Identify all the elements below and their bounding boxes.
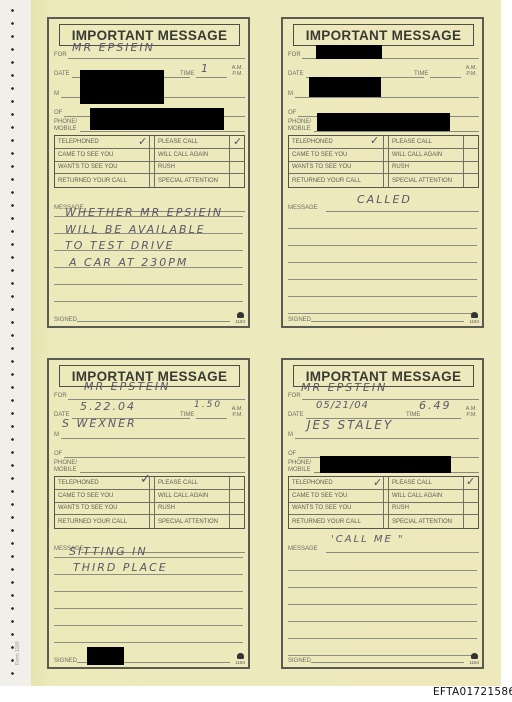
checkbox-please-call: PLEASE CALL bbox=[388, 136, 463, 149]
message-lines bbox=[288, 570, 477, 670]
signed-line bbox=[311, 321, 464, 322]
checkbox-please-call: PLEASE CALL bbox=[388, 477, 463, 490]
checkbox-wants-to-see: WANTS TO SEE YOU bbox=[55, 503, 149, 516]
message-slip-4: IMPORTANT MESSAGE FOR MR EPSTEIN DATE TI… bbox=[281, 358, 484, 669]
check-please-call: ✓ bbox=[229, 136, 245, 149]
checkbox-wants-to-see: WANTS TO SEE YOU bbox=[289, 162, 383, 175]
message-line-2: WILL BE AVAILABLE bbox=[65, 223, 206, 236]
publisher-logo-icon bbox=[471, 653, 478, 659]
publisher-logo-icon bbox=[237, 312, 244, 318]
date-value: 05/21/04 bbox=[316, 400, 369, 411]
m-value: JES STALEY bbox=[307, 418, 393, 432]
redaction-date-m bbox=[309, 77, 381, 97]
message-line-3: TO TEST DRIVE bbox=[65, 239, 175, 252]
checkbox-grid: TELEPHONED ✓ PLEASE CALL CAME TO SEE YOU… bbox=[54, 476, 245, 529]
checkbox-special-attention: SPECIAL ATTENTION bbox=[154, 515, 229, 528]
checkbox-special-attention: SPECIAL ATTENTION bbox=[154, 174, 229, 187]
signed-label: SIGNED bbox=[54, 317, 77, 323]
date-value: 5.22.04 bbox=[80, 400, 136, 413]
checkbox-rush: RUSH bbox=[388, 162, 463, 175]
signed-line bbox=[77, 321, 230, 322]
checkbox-telephoned: TELEPHONED bbox=[55, 477, 149, 490]
checkbox-wants-to-see: WANTS TO SEE YOU bbox=[289, 503, 383, 516]
form-number: 1184 bbox=[235, 312, 245, 324]
redaction-date-m bbox=[80, 70, 164, 104]
am-pm-label: A.M.P.M. bbox=[232, 406, 243, 418]
signed-label: SIGNED bbox=[288, 658, 311, 664]
checkbox-rush: RUSH bbox=[154, 503, 229, 516]
checkbox-grid: TELEPHONED ✓ PLEASE CALL ✓ CAME TO SEE Y… bbox=[54, 135, 245, 188]
message-slip-2: IMPORTANT MESSAGE FOR DATE TIME A.M.P.M.… bbox=[281, 17, 484, 328]
redaction-phone bbox=[317, 113, 450, 131]
document-id: EFTA01721586 bbox=[433, 686, 512, 698]
message-line-4: A CAR AT 230PM bbox=[69, 256, 188, 269]
checkbox-wants-to-see: WANTS TO SEE YOU bbox=[55, 162, 149, 175]
checkbox-special-attention: SPECIAL ATTENTION bbox=[388, 174, 463, 187]
time-value: 6.49 bbox=[419, 399, 452, 412]
checkbox-rush: RUSH bbox=[388, 503, 463, 516]
checkbox-returned-call: RETURNED YOUR CALL bbox=[55, 174, 149, 187]
am-pm-label: A.M.P.M. bbox=[466, 406, 477, 418]
message-slip-1: IMPORTANT MESSAGE FOR MR EPSIEIN DATE TI… bbox=[47, 17, 250, 328]
redaction-for bbox=[316, 45, 382, 59]
message-lines bbox=[54, 570, 243, 670]
checkbox-please-call: PLEASE CALL bbox=[154, 136, 229, 149]
checkbox-telephoned: TELEPHONED bbox=[289, 477, 383, 490]
checkbox-telephoned: TELEPHONED bbox=[289, 136, 383, 149]
am-pm-label: A.M.P.M. bbox=[232, 65, 243, 77]
checkbox-came-to-see: CAME TO SEE YOU bbox=[289, 490, 383, 503]
message-slip-3: IMPORTANT MESSAGE FOR MR EPSTEIN DATE TI… bbox=[47, 358, 250, 669]
checkbox-came-to-see: CAME TO SEE YOU bbox=[289, 149, 383, 162]
checkbox-returned-call: RETURNED YOUR CALL bbox=[289, 174, 383, 187]
publisher-logo-icon bbox=[237, 653, 244, 659]
form-number: 1184 bbox=[469, 653, 479, 665]
perforation-edge bbox=[11, 4, 14, 684]
time-value: 1.50 bbox=[194, 400, 222, 410]
of-field: OF bbox=[54, 445, 245, 459]
form-number: 1184 bbox=[469, 312, 479, 324]
checkbox-grid: TELEPHONED ✓ PLEASE CALL ✓ CAME TO SEE Y… bbox=[288, 476, 479, 529]
checkbox-please-call: PLEASE CALL bbox=[154, 477, 229, 490]
checkbox-returned-call: RETURNED YOUR CALL bbox=[289, 515, 383, 528]
form-number: 1184 bbox=[235, 653, 245, 665]
am-pm-label: A.M.P.M. bbox=[466, 65, 477, 77]
checkbox-will-call-again: WILL CALL AGAIN bbox=[388, 490, 463, 503]
checkbox-rush: RUSH bbox=[154, 162, 229, 175]
message-lines bbox=[288, 229, 477, 329]
checkbox-came-to-see: CAME TO SEE YOU bbox=[55, 149, 149, 162]
checkbox-will-call-again: WILL CALL AGAIN bbox=[388, 149, 463, 162]
checkbox-grid: TELEPHONED ✓ PLEASE CALL CAME TO SEE YOU… bbox=[288, 135, 479, 188]
signed-line bbox=[311, 662, 464, 663]
message-line-1: CALLED bbox=[357, 193, 412, 206]
redaction-phone bbox=[320, 456, 451, 473]
message-line-1: 'CALL ME " bbox=[331, 534, 405, 545]
for-value: MR EPSIEIN bbox=[72, 41, 155, 54]
side-stamp: Form 1184 bbox=[15, 625, 23, 665]
check-please-call: ✓ bbox=[463, 477, 479, 490]
time-value: 1 bbox=[201, 62, 210, 75]
checkbox-will-call-again: WILL CALL AGAIN bbox=[154, 149, 229, 162]
redaction-signed bbox=[87, 647, 124, 665]
checkbox-special-attention: SPECIAL ATTENTION bbox=[388, 515, 463, 528]
signed-label: SIGNED bbox=[54, 658, 77, 664]
redaction-phone bbox=[90, 108, 224, 130]
checkbox-came-to-see: CAME TO SEE YOU bbox=[55, 490, 149, 503]
for-value: MR EPSTEIN bbox=[301, 381, 387, 394]
checkbox-telephoned: TELEPHONED bbox=[55, 136, 149, 149]
page-margin bbox=[0, 0, 32, 686]
checkbox-will-call-again: WILL CALL AGAIN bbox=[154, 490, 229, 503]
for-value: MR EPSTEIN bbox=[84, 380, 170, 393]
slip-title: IMPORTANT MESSAGE bbox=[293, 24, 474, 46]
signed-label: SIGNED bbox=[288, 317, 311, 323]
message-line-1: WHETHER MR EPSIEIN bbox=[65, 206, 223, 219]
checkbox-returned-call: RETURNED YOUR CALL bbox=[55, 515, 149, 528]
publisher-logo-icon bbox=[471, 312, 478, 318]
m-value: S WEXNER bbox=[62, 417, 137, 430]
